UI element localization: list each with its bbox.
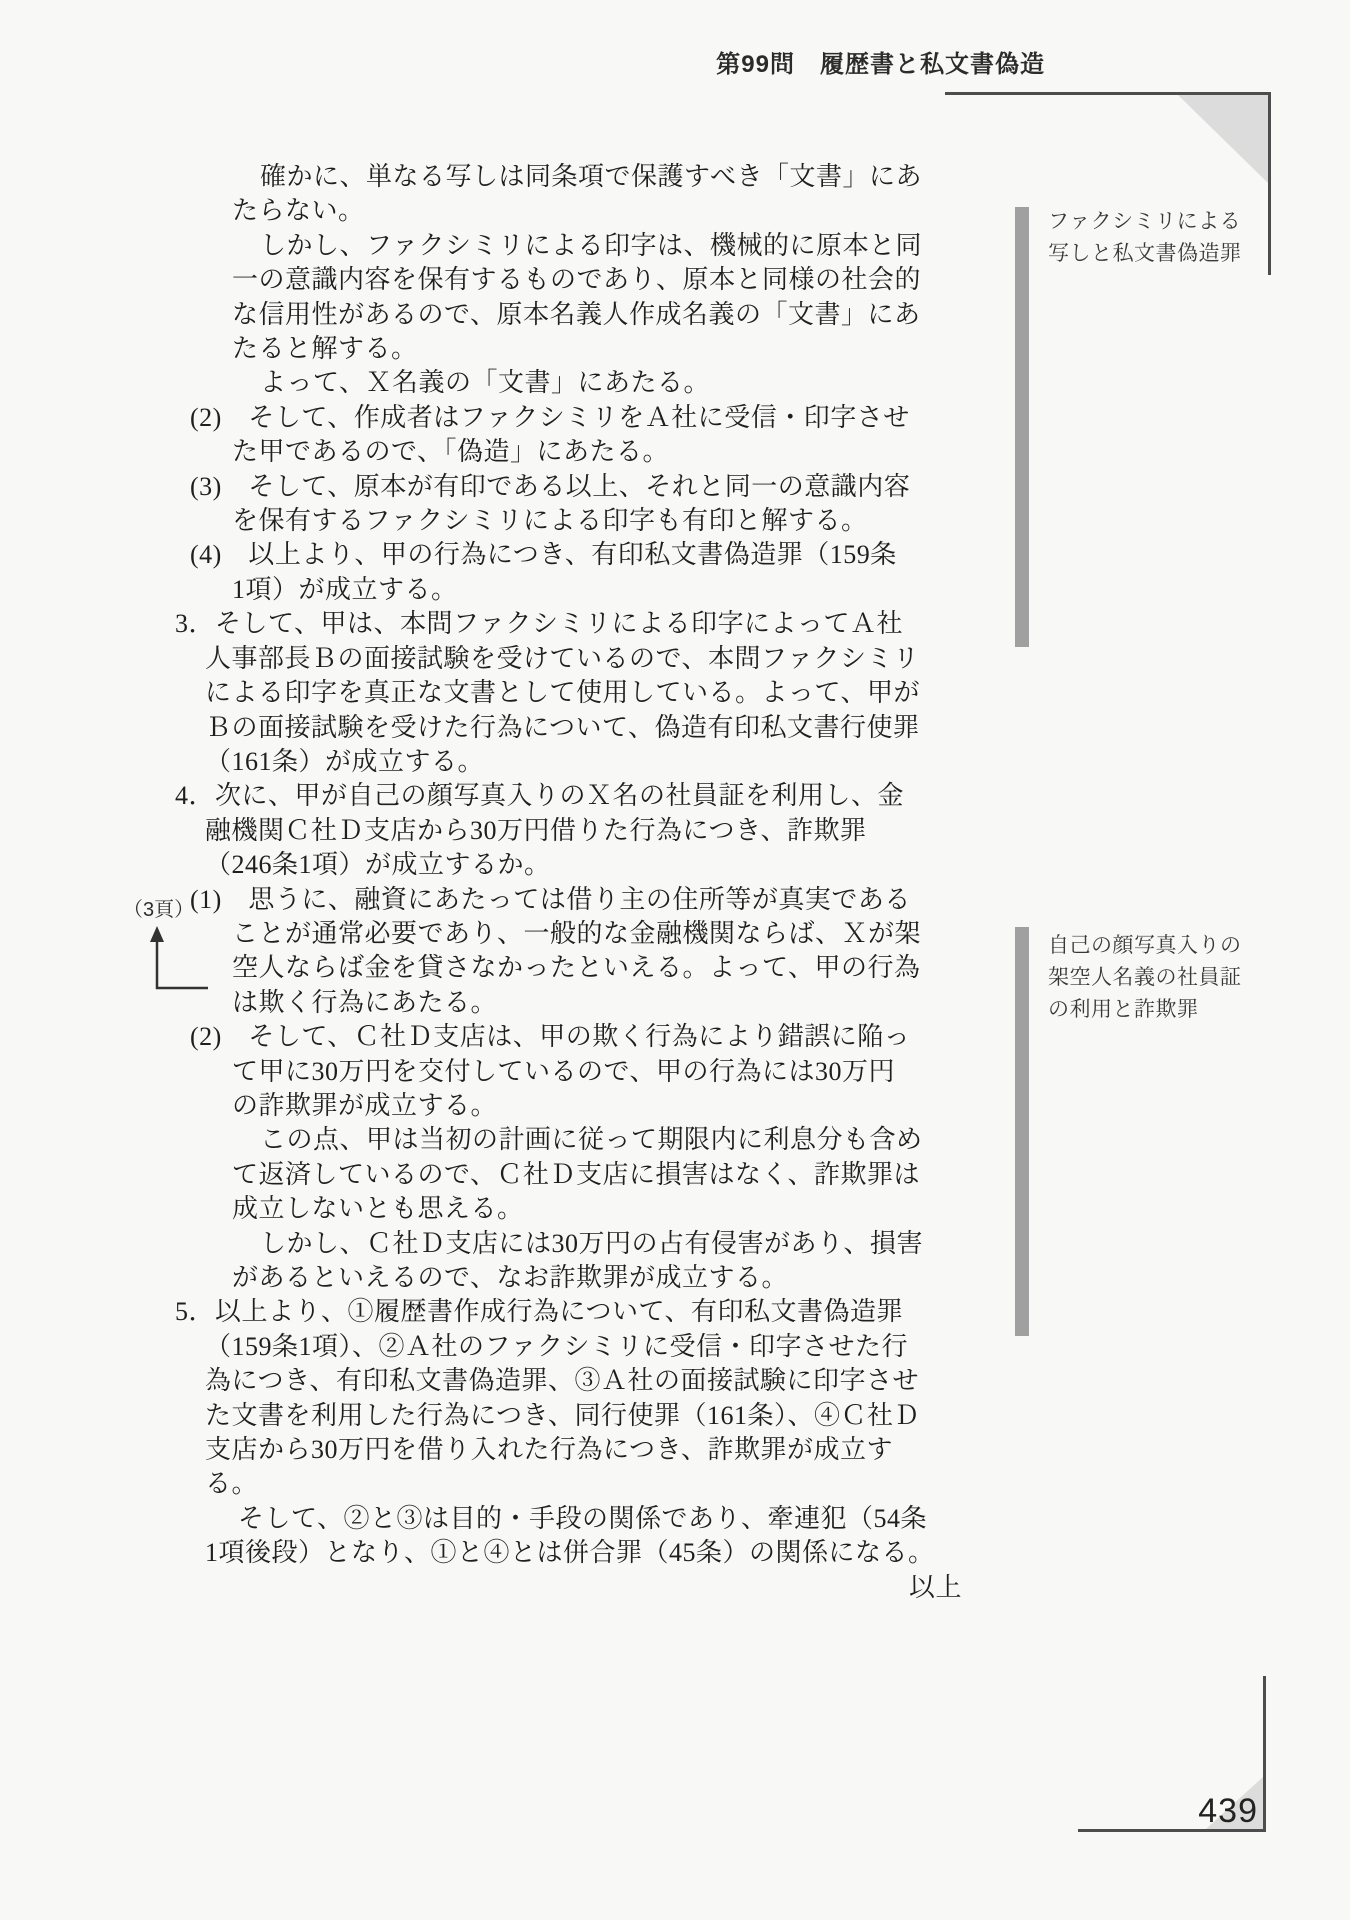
text-line: よって、Ｘ名義の「文書」にあたる。 — [160, 366, 972, 400]
text-line: (4) 以上より、甲の行為につき、有印私文書偽造罪（159条 — [160, 538, 972, 572]
text-line: た甲であるので、「偽造」にあたる。 — [160, 435, 972, 469]
text-line: 確かに、単なる写しは同条項で保護すべき「文書」にあ — [160, 160, 972, 194]
text-line: 4．次に、甲が自己の顔写真入りのＸ名の社員証を利用し、金 — [160, 779, 972, 813]
text-line: この点、甲は当初の計画に従って期限内に利息分も含め — [160, 1123, 972, 1157]
text-line: 以上 — [160, 1571, 972, 1605]
text-line: があるといえるので、なお詐欺罪が成立する。 — [160, 1261, 972, 1295]
text-line: (1) 思うに、融資にあたっては借り主の住所等が真実である — [160, 883, 972, 917]
text-line: 一の意識内容を保有するものであり、原本と同様の社会的 — [160, 263, 972, 297]
text-line: て返済しているので、Ｃ社Ｄ支店に損害はなく、詐欺罪は — [160, 1158, 972, 1192]
text-line: 5．以上より、①履歴書作成行為について、有印私文書偽造罪 — [160, 1295, 972, 1329]
header-corner-triangle — [1178, 95, 1268, 183]
text-line: (2) そして、Ｃ社Ｄ支店は、甲の欺く行為により錯誤に陥っ — [160, 1020, 972, 1054]
text-line: Ｂの面接試験を受けた行為について、偽造有印私文書行使罪 — [160, 711, 972, 745]
margin-note-line: 写しと私文書偽造罪 — [1048, 238, 1248, 270]
page-header-title: 第99問 履歴書と私文書偽造 — [716, 44, 1045, 79]
text-line: 融機関Ｃ社Ｄ支店から30万円借りた行為につき、詐欺罪 — [160, 814, 972, 848]
text-line: 成立しないとも思える。 — [160, 1192, 972, 1226]
text-line: 1項）が成立する。 — [160, 573, 972, 607]
text-line: た文書を利用した行為につき、同行使罪（161条）、④Ｃ社Ｄ — [160, 1399, 972, 1433]
margin-note-line: 架空人名義の社員証 — [1048, 962, 1248, 994]
text-line: 支店から30万円を借り入れた行為につき、詐欺罪が成立す — [160, 1433, 972, 1467]
text-line: たらない。 — [160, 194, 972, 228]
text-line: 1項後段）となり、①と④とは併合罪（45条）の関係になる。 — [160, 1536, 972, 1570]
margin-topic-bar-1 — [1015, 207, 1029, 647]
text-line: の詐欺罪が成立する。 — [160, 1089, 972, 1123]
text-line: て甲に30万円を交付しているので、甲の行為には30万円 — [160, 1055, 972, 1089]
body-text: 確かに、単なる写しは同条項で保護すべき「文書」にあたらない。しかし、ファクシミリ… — [160, 160, 972, 1605]
text-line: ことが通常必要であり、一般的な金融機関ならば、Ｘが架 — [160, 917, 972, 951]
text-line: な信用性があるので、原本名義人作成名義の「文書」にあ — [160, 298, 972, 332]
text-line: による印字を真正な文書として使用している。よって、甲が — [160, 676, 972, 710]
up-arrow-icon — [138, 922, 218, 1002]
header-corner-rule-horizontal — [945, 92, 1271, 95]
text-line: 人事部長Ｂの面接試験を受けているので、本問ファクシミリ — [160, 642, 972, 676]
text-line: たると解する。 — [160, 332, 972, 366]
text-line: (2) そして、作成者はファクシミリをＡ社に受信・印字させ — [160, 401, 972, 435]
margin-note-line: ファクシミリによる — [1048, 206, 1248, 238]
margin-note-line: 自己の顔写真入りの — [1048, 930, 1248, 962]
text-line: 為につき、有印私文書偽造罪、③Ａ社の面接試験に印字させ — [160, 1364, 972, 1398]
margin-topic-bar-2 — [1015, 927, 1029, 1336]
page-number: 439 — [1140, 1792, 1258, 1831]
margin-note-idcard: 自己の顔写真入りの架空人名義の社員証の利用と詐欺罪 — [1048, 930, 1248, 1026]
text-line: （246条1項）が成立するか。 — [160, 848, 972, 882]
text-line: しかし、ファクシミリによる印字は、機械的に原本と同 — [160, 229, 972, 263]
text-line: る。 — [160, 1467, 972, 1501]
text-line: 3．そして、甲は、本問ファクシミリによる印字によってＡ社 — [160, 607, 972, 641]
header-corner-rule-vertical — [1268, 92, 1271, 275]
margin-note-line: の利用と詐欺罪 — [1048, 994, 1248, 1026]
text-line: (3) そして、原本が有印である以上、それと同一の意識内容 — [160, 470, 972, 504]
text-line: を保有するファクシミリによる印字も有印と解する。 — [160, 504, 972, 538]
text-line: しかし、Ｃ社Ｄ支店には30万円の占有侵害があり、損害 — [160, 1227, 972, 1261]
text-line: （159条1項）、②Ａ社のファクシミリに受信・印字させた行 — [160, 1330, 972, 1364]
text-line: そして、②と③は目的・手段の関係であり、牽連犯（54条 — [160, 1502, 972, 1536]
margin-note-facsimile: ファクシミリによる写しと私文書偽造罪 — [1048, 206, 1248, 270]
page-ref-label: （3頁） — [123, 893, 194, 922]
footer-corner-rule-vertical — [1263, 1676, 1266, 1832]
text-line: （161条）が成立する。 — [160, 745, 972, 779]
textbook-page: { "header": { "title": "第99問 履歴書と私文書偽造" … — [0, 0, 1350, 1920]
text-line: 空人ならば金を貸さなかったといえる。よって、甲の行為 — [160, 951, 972, 985]
text-line: は欺く行為にあたる。 — [160, 986, 972, 1020]
